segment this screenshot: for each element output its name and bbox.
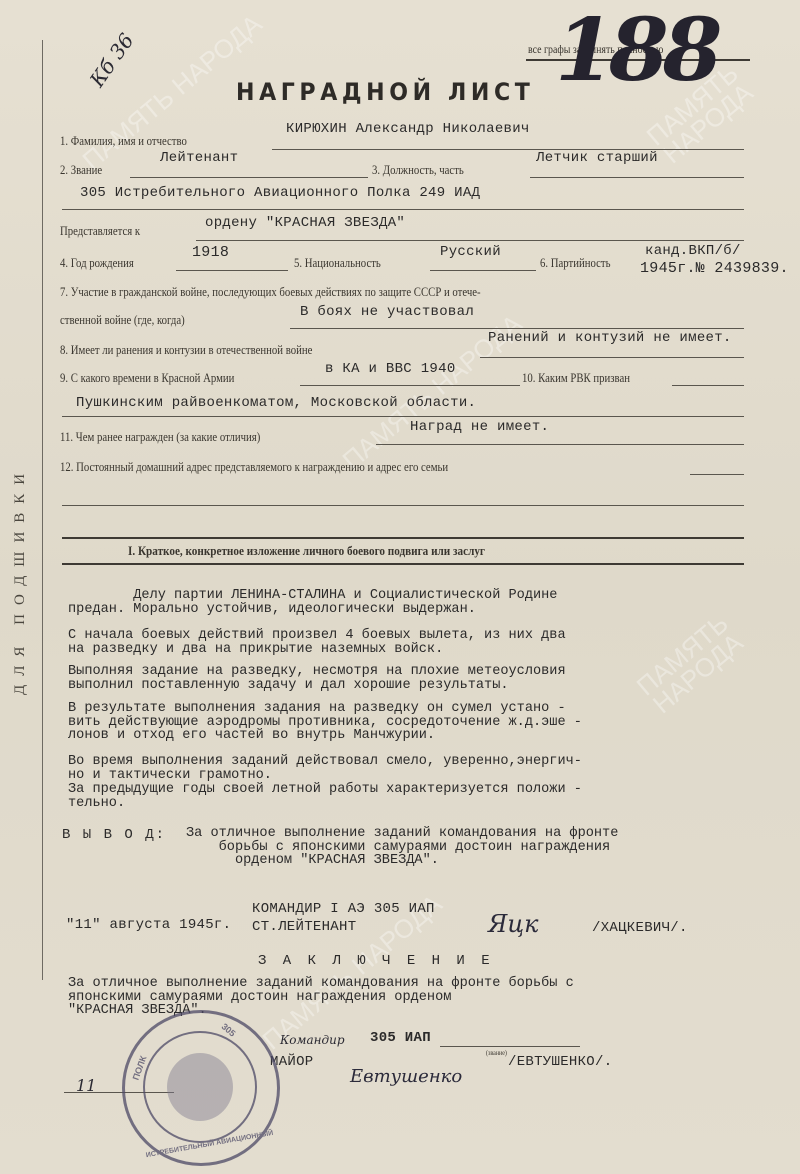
official-stamp: 305 ПОЛК ИСТРЕБИТЕЛЬНЫЙ АВИАЦИОННЫЙ bbox=[122, 1010, 280, 1166]
unit-value: 305 Истребительного Авиационного Полка 2… bbox=[80, 185, 480, 201]
field-4-line bbox=[176, 270, 288, 271]
field-10-value: Пушкинским райвоенкоматом, Московской об… bbox=[76, 395, 476, 411]
field-11-value: Наград не имеет. bbox=[410, 419, 549, 435]
field-10-line bbox=[672, 385, 744, 386]
margin-line bbox=[42, 40, 43, 980]
unit-line bbox=[62, 209, 744, 210]
field-11-label: 11. Чем ранее награжден (за какие отличи… bbox=[60, 430, 260, 445]
field-6-value-2: 1945г.№ 2439839. bbox=[640, 260, 789, 277]
field-3-label: 3. Должность, часть bbox=[372, 163, 464, 178]
rank-caption: (звание) bbox=[486, 1049, 507, 1057]
regiment-unit: 305 ИАП bbox=[370, 1030, 431, 1046]
conclusion-body: За отличное выполнение заданий командова… bbox=[68, 977, 788, 1018]
field-12-line bbox=[690, 474, 744, 475]
field-4-label: 4. Год рождения bbox=[60, 256, 134, 271]
section-rule-top bbox=[62, 537, 744, 539]
commander-title: КОМАНДИР I АЭ 305 ИАП bbox=[252, 901, 435, 917]
field-2-line bbox=[130, 177, 368, 178]
nominated-label: Представляется к bbox=[60, 224, 140, 239]
stamp-emblem bbox=[167, 1053, 233, 1121]
paragraph-4: В результате выполнения задания на разве… bbox=[68, 702, 788, 743]
field-1-value: КИРЮХИН Александр Николаевич bbox=[286, 121, 530, 137]
field-7-line bbox=[290, 328, 744, 329]
section-rule-bottom bbox=[62, 563, 744, 565]
field-9-line bbox=[300, 385, 520, 386]
field-6-value: канд.ВКП/б/ bbox=[645, 243, 741, 259]
field-4-value: 1918 bbox=[192, 244, 229, 261]
conclusion-text: За отличное выполнение заданий командова… bbox=[186, 827, 786, 868]
regiment-commander-signature: Евтушенко bbox=[350, 1066, 462, 1087]
section-1-heading: I. Краткое, конкретное изложение личного… bbox=[128, 543, 485, 559]
field-8-label: 8. Имеет ли ранения и контузии в отечест… bbox=[60, 343, 312, 358]
field-5-value: Русский bbox=[440, 244, 501, 260]
field-7-label: 7. Участие в гражданской войне, последую… bbox=[60, 285, 481, 300]
paragraph-6: За предыдущие годы своей летной работы х… bbox=[68, 783, 788, 810]
field-7-value: В боях не участвовал bbox=[300, 304, 474, 320]
commander-name: /ХАЦКЕВИЧ/. bbox=[592, 920, 688, 936]
paragraph-3: Выполняя задание на разведку, несмотря н… bbox=[68, 665, 788, 692]
nominated-line bbox=[196, 240, 744, 241]
field-2-label: 2. Звание bbox=[60, 163, 102, 178]
nominated-value: ордену "КРАСНАЯ ЗВЕЗДА" bbox=[205, 215, 405, 231]
side-label: ДЛЯ ПОДШИВКИ bbox=[12, 420, 36, 740]
regiment-commander-label: Командир bbox=[280, 1033, 345, 1047]
field-10-value-line bbox=[62, 416, 744, 417]
recommendation-date: "11" августа 1945г. bbox=[66, 917, 231, 933]
field-8-line bbox=[480, 357, 744, 358]
paragraph-2: С начала боевых действий произвел 4 боев… bbox=[68, 629, 788, 656]
commander-rank: СТ.ЛЕЙТЕНАНТ bbox=[252, 919, 356, 935]
field-10-label: 10. Каким РВК призван bbox=[522, 371, 630, 386]
paragraph-5: Во время выполнения заданий действовал с… bbox=[68, 755, 788, 782]
field-8-value: Ранений и контузий не имеет. bbox=[488, 330, 732, 346]
regiment-unit-line bbox=[440, 1046, 580, 1047]
field-6-label: 6. Партийность bbox=[540, 256, 610, 271]
field-9-value: в КА и ВВС 1940 bbox=[325, 361, 456, 377]
field-2-value: Лейтенант bbox=[160, 150, 238, 166]
field-1-line bbox=[272, 149, 744, 150]
paragraph-1: Делу партии ЛЕНИНА-СТАЛИНА и Социалистич… bbox=[68, 589, 788, 616]
commander-signature: Яцк bbox=[488, 910, 538, 938]
field-12-label: 12. Постоянный домашний адрес представля… bbox=[60, 460, 448, 475]
corner-mark: Кб 36 bbox=[85, 29, 139, 92]
field-5-label: 5. Национальность bbox=[294, 256, 381, 271]
conclusion-heading: З А К Л Ю Ч Е Н И Е bbox=[258, 953, 494, 969]
conclusion-label: В Ы В О Д: bbox=[62, 827, 166, 843]
field-7-label-2: ственной войне (где, когда) bbox=[60, 313, 185, 328]
field-11-line bbox=[376, 444, 744, 445]
field-5-line bbox=[430, 270, 536, 271]
stamp-inner-ring bbox=[143, 1031, 257, 1143]
page-title: НАГРАДНОЙ ЛИСТ bbox=[236, 78, 534, 106]
field-1-label: 1. Фамилия, имя и отчество bbox=[60, 134, 187, 149]
archive-number: 188 bbox=[555, 0, 717, 101]
field-9-label: 9. С какого времени в Красной Армии bbox=[60, 371, 234, 386]
regiment-commander-name: /ЕВТУШЕНКО/. bbox=[508, 1054, 612, 1070]
field-12-line-2 bbox=[62, 505, 744, 506]
field-3-line bbox=[530, 177, 744, 178]
field-3-value: Летчик старший bbox=[536, 150, 658, 166]
award-sheet-page: ДЛЯ ПОДШИВКИ ПАМЯТЬ НАРОДА ПАМЯТЬ НАРОДА… bbox=[0, 0, 800, 1174]
